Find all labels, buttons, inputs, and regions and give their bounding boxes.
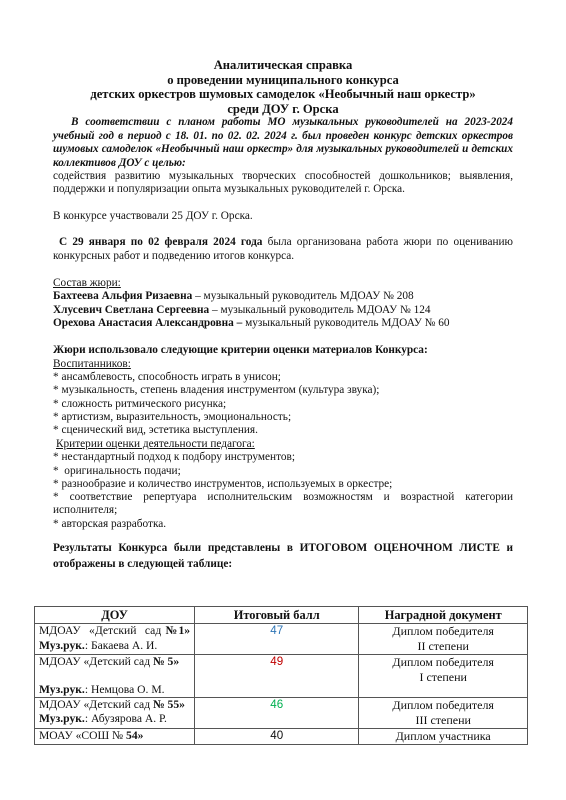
jury-list: Бахтеева Альфия Ризаевна – музыкальный р… <box>53 290 513 331</box>
criteria-item: * разнообразие и количество инструментов… <box>53 478 513 491</box>
score-cell: 46 <box>195 697 359 728</box>
title-line-2: о проведении муниципального конкурса <box>53 73 513 88</box>
table-row: МОАУ «СОШ № 54» 40 Диплом участника <box>35 728 528 744</box>
title-line-4: среди ДОУ г. Орска <box>53 102 513 117</box>
header-dou: ДОУ <box>35 607 195 624</box>
jury-heading: Состав жюри: <box>53 277 513 291</box>
music-leader: Муз.рук.: Бакаева А. И. <box>39 639 190 653</box>
award-cell: Диплом победителя III степени <box>359 697 528 728</box>
dou-name: МДОАУ «Детский сад № 5» <box>39 655 190 669</box>
dou-name: МОАУ «СОШ № 54» <box>39 729 190 743</box>
award-cell: Диплом участника <box>359 728 528 744</box>
criteria-item: * авторская разработка. <box>53 518 513 531</box>
jury-member: Орехова Анастасия Александровна – музыка… <box>53 317 513 331</box>
dou-cell: МДОАУ «Детский сад № 55» Муз.рук.: Абузя… <box>35 697 195 728</box>
criteria-item: * сценический вид, эстетика выступления. <box>53 424 513 437</box>
dou-name: МДОАУ «Детский сад № 55» <box>39 698 190 712</box>
award-cell: Диплом победителя I степени <box>359 655 528 698</box>
criteria-heading: Жюри использовало следующие критерии оце… <box>53 344 513 358</box>
intro-paragraph: В соответствии с планом работы МО музыка… <box>53 116 513 170</box>
jury-member-name: Хлусевич Светлана Сергеевна <box>53 304 209 316</box>
document-body: Аналитическая справка о проведении муниц… <box>53 58 513 573</box>
teacher-criteria-list: * нестандартный подход к подбору инструм… <box>53 451 513 531</box>
jury-member-role: музыкальный руководитель МДОАУ № 60 <box>242 317 449 329</box>
header-award: Наградной документ <box>359 607 528 624</box>
pupils-criteria-list: * ансамблевость, способность играть в ун… <box>53 371 513 437</box>
jury-member-role: – музыкальный руководитель МДОАУ № 124 <box>209 304 430 316</box>
title-line-3: детских оркестров шумовых самоделок «Нео… <box>53 87 513 102</box>
jury-period-paragraph: С 29 января по 02 февраля 2024 года была… <box>53 236 513 263</box>
criteria-item: * нестандартный подход к подбору инструм… <box>53 451 513 464</box>
table-row: МДОАУ «Детский сад № 55» Муз.рук.: Абузя… <box>35 697 528 728</box>
teacher-criteria-heading: Критерии оценки деятельности педагога: <box>53 438 513 452</box>
dou-cell: МДОАУ «Детский сад №1» Муз.рук.: Бакаева… <box>35 624 195 655</box>
jury-period-dates: С 29 января по 02 февраля 2024 года <box>59 236 262 248</box>
header-score: Итоговый балл <box>195 607 359 624</box>
document-page: Аналитическая справка о проведении муниц… <box>0 0 566 800</box>
music-leader: Муз.рук.: Немцова О. М. <box>39 683 190 697</box>
criteria-item: * оригинальность подачи; <box>53 465 513 478</box>
jury-member-name: Бахтеева Альфия Ризаевна <box>53 290 192 302</box>
criteria-item: исполнителя; <box>53 504 513 517</box>
table-header-row: ДОУ Итоговый балл Наградной документ <box>35 607 528 624</box>
criteria-item: * соответствие репертуара исполнительски… <box>53 491 513 504</box>
score-cell: 49 <box>195 655 359 698</box>
music-leader: Муз.рук.: Абузярова А. Р. <box>39 712 190 726</box>
score-cell: 47 <box>195 624 359 655</box>
criteria-item: * артистизм, выразительность, эмоциональ… <box>53 411 513 424</box>
jury-member-role: – музыкальный руководитель МДОАУ № 208 <box>192 290 413 302</box>
jury-member: Бахтеева Альфия Ризаевна – музыкальный р… <box>53 290 513 304</box>
jury-member-name: Орехова Анастасия Александровна – <box>53 317 242 329</box>
dou-cell: МДОАУ «Детский сад № 5» Муз.рук.: Немцов… <box>35 655 195 698</box>
score-cell: 40 <box>195 728 359 744</box>
results-table: ДОУ Итоговый балл Наградной документ МДО… <box>34 606 528 745</box>
dou-name: МДОАУ «Детский сад №1» <box>39 624 190 638</box>
criteria-item: * ансамблевость, способность играть в ун… <box>53 371 513 384</box>
participants-paragraph: В конкурсе участвовали 25 ДОУ г. Орска. <box>53 210 513 224</box>
award-cell: Диплом победителя II степени <box>359 624 528 655</box>
results-paragraph: Результаты Конкурса были представлены в … <box>53 541 513 573</box>
criteria-item: * сложность ритмического рисунка; <box>53 398 513 411</box>
table-row: МДОАУ «Детский сад №1» Муз.рук.: Бакаева… <box>35 624 528 655</box>
table-row: МДОАУ «Детский сад № 5» Муз.рук.: Немцов… <box>35 655 528 698</box>
dou-cell: МОАУ «СОШ № 54» <box>35 728 195 744</box>
document-title: Аналитическая справка о проведении муниц… <box>53 58 513 116</box>
jury-member: Хлусевич Светлана Сергеевна – музыкальны… <box>53 304 513 318</box>
pupils-criteria-heading: Воспитанников: <box>53 358 513 372</box>
criteria-item: * музыкальность, степень владения инстру… <box>53 384 513 397</box>
goal-paragraph: содействия развитию музыкальных творческ… <box>53 170 513 197</box>
title-line-1: Аналитическая справка <box>53 58 513 73</box>
